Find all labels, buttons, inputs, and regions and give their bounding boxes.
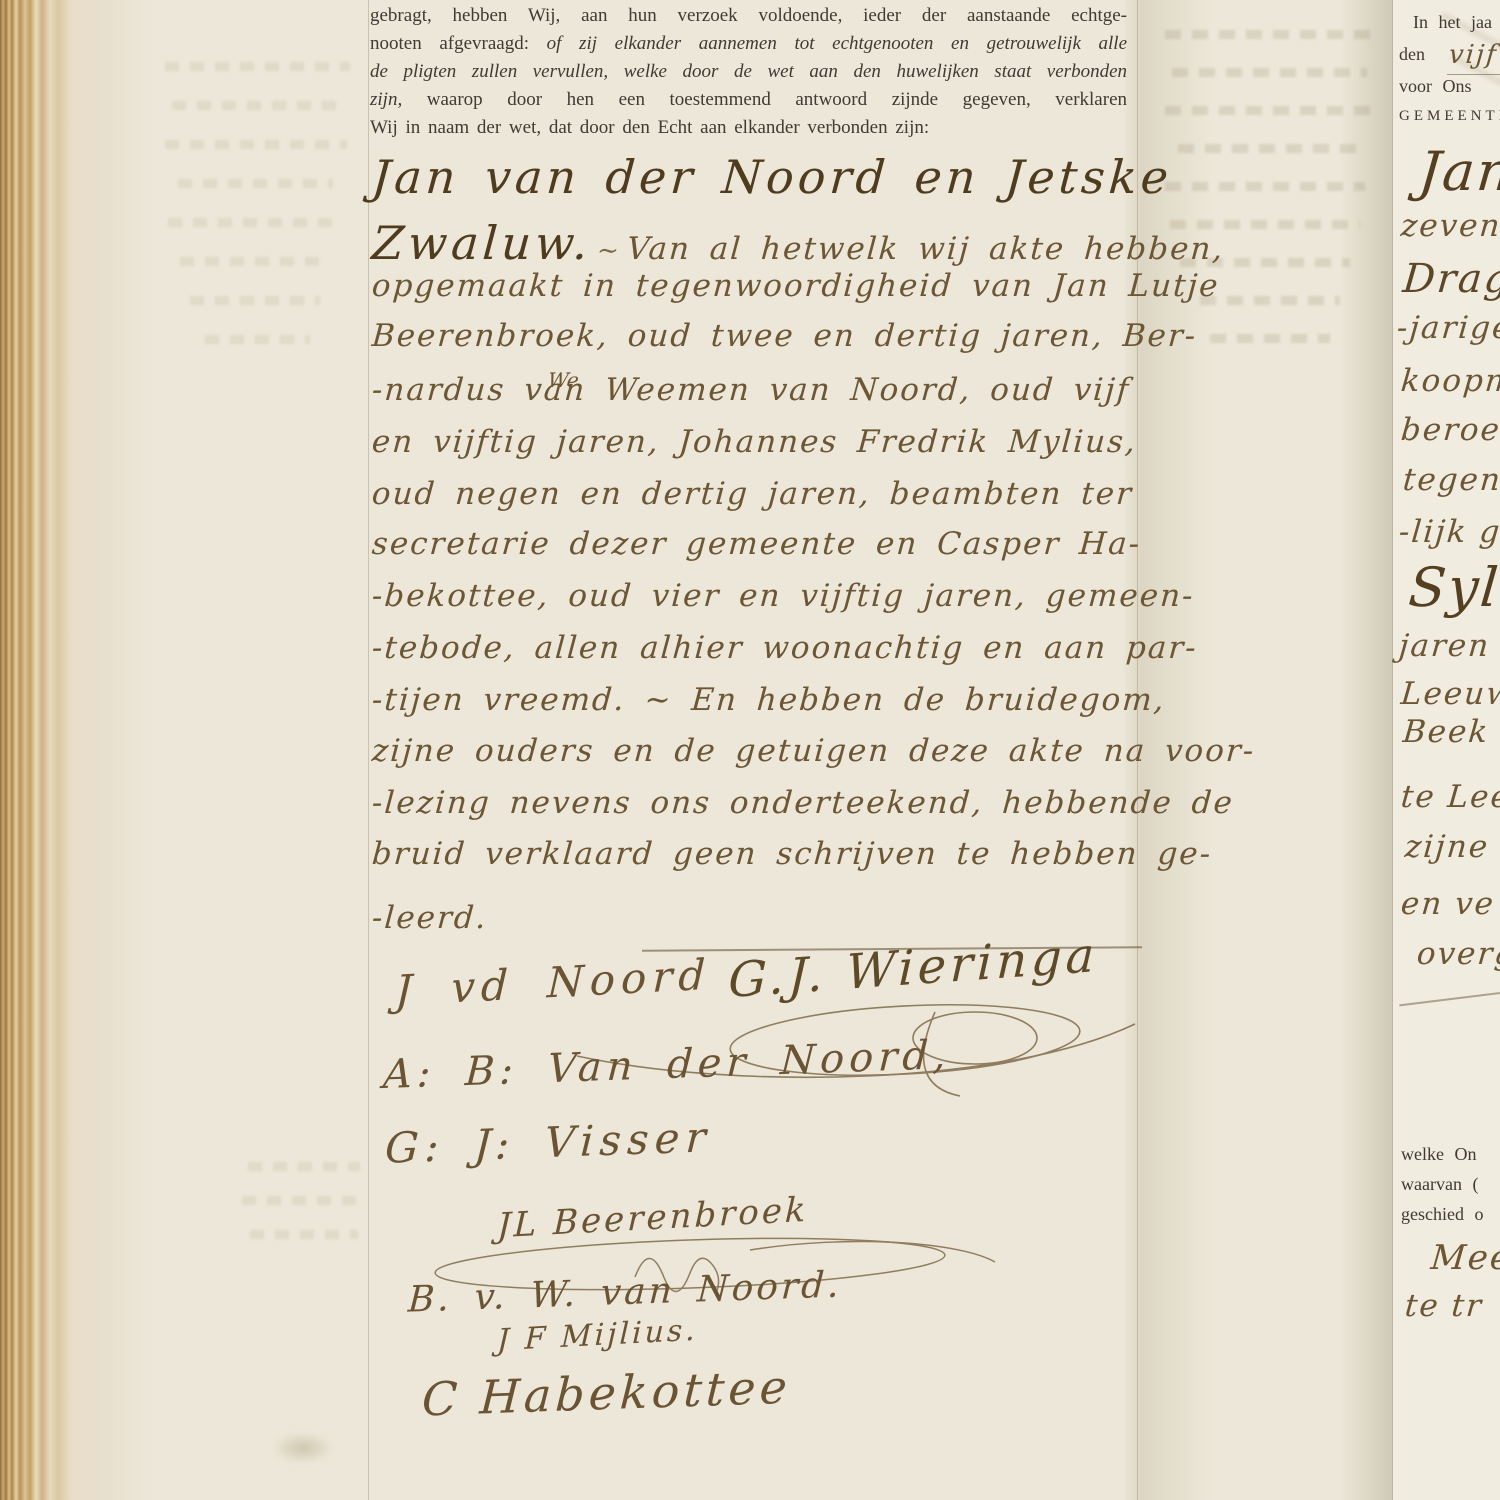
- handwritten-line: Syl: [1406, 556, 1500, 619]
- handwritten-line: zijne: [1403, 829, 1490, 865]
- handwritten-line: Leeuw: [1399, 676, 1500, 712]
- fill-in-rule: [1447, 74, 1500, 75]
- handwritten-line: -bekottee, oud vier en vijftig jaren, ge…: [371, 578, 1149, 614]
- handwritten-line: koopm: [1399, 363, 1500, 399]
- bride-surname: Zwaluw.: [370, 216, 593, 270]
- handwritten-line: -nardus van Weemen van Noord, oud vijf: [371, 372, 1149, 408]
- bleed-through-line: [178, 179, 333, 188]
- handwritten-line: Zwaluw.~Van al hetwelk wij akte hebben,: [370, 216, 1149, 270]
- handwritten-line: tegenw: [1401, 462, 1500, 498]
- handwritten-line: -tebode, allen alhier woonachtig en aan …: [371, 630, 1149, 666]
- handwritten-line: te Lee: [1399, 779, 1500, 815]
- handwritten-line: beroep: [1399, 412, 1500, 448]
- printed-line: voor Ons: [1399, 76, 1472, 97]
- bleed-through-line: [1210, 334, 1330, 343]
- printed-line: den: [1399, 44, 1425, 65]
- handwritten-line: -tijen vreemd. ~ En hebben de bruidegom,: [371, 682, 1149, 718]
- bleed-through-line: [172, 101, 342, 110]
- printed-line: zijn, waarop door hen een toestemmend an…: [370, 86, 1127, 114]
- handwritten-line: jaren: [1397, 628, 1491, 664]
- handwritten-line: zeven e: [1399, 208, 1500, 244]
- handwritten-line: en vijftig jaren, Johannes Fredrik Myliu…: [371, 424, 1149, 460]
- printed-line: welke On: [1401, 1144, 1476, 1165]
- handwritten-line: Jan: [1416, 140, 1500, 203]
- printed-line: nooten afgevraagd: of zij elkander aanne…: [370, 30, 1127, 58]
- handwritten-line: overg: [1415, 936, 1500, 972]
- printed-marriage-formula: gebragt, hebben Wij, aan hun verzoek vol…: [370, 2, 1127, 142]
- printed-line: gebragt, hebben Wij, aan hun verzoek vol…: [370, 2, 1127, 30]
- printed-line: Gemeente: [1399, 108, 1500, 125]
- bleed-through-line: [1170, 220, 1360, 229]
- book-binding-page-edges: [0, 0, 150, 1500]
- bleed-through-line: [1178, 144, 1358, 153]
- handwritten-line: Beerenbroek, oud twee en dertig jaren, B…: [371, 318, 1149, 354]
- printed-line: waarvan (: [1401, 1174, 1478, 1195]
- bleed-through-line: [1172, 68, 1367, 77]
- bleed-through-line: [242, 1196, 362, 1205]
- handwritten-line: zijne ouders en de getuigen deze akte na…: [371, 733, 1149, 769]
- bleed-through-line: [1165, 106, 1370, 115]
- handwritten-line: -lezing nevens ons onderteekend, hebbend…: [371, 785, 1149, 821]
- bleed-through-line: [1165, 182, 1365, 191]
- paper-smudge: [272, 1432, 334, 1464]
- bleed-through-line: [1165, 30, 1375, 39]
- bleed-through-line: [180, 257, 330, 266]
- bleed-through-line: [168, 218, 343, 227]
- right-page-edge: In het jaa den vijf voor Ons Gemeente Ja…: [1392, 0, 1500, 1500]
- bleed-through-line: [190, 296, 320, 305]
- handwritten-line: secretarie dezer gemeente en Casper Ha-: [371, 526, 1149, 562]
- scribal-separator: ~: [590, 236, 628, 266]
- bleed-through-line: [250, 1230, 358, 1239]
- printed-line: Wij in naam der wet, dat door den Echt a…: [370, 114, 1127, 142]
- handwritten-line: opgemaakt in tegenwoordigheid van Jan Lu…: [371, 268, 1149, 304]
- filled-in-day: vijf: [1448, 40, 1499, 70]
- bleed-through-line: [248, 1162, 360, 1171]
- handwritten-line: -lijk g: [1397, 514, 1500, 550]
- closing-rule: [1399, 992, 1500, 1007]
- printed-line: geschied o: [1401, 1204, 1483, 1225]
- handwritten-line: en ve: [1399, 886, 1496, 922]
- left-column-crease: [368, 0, 369, 1500]
- handwritten-line: Drag: [1401, 256, 1500, 302]
- handwritten-line: -jarige: [1395, 310, 1500, 346]
- handwritten-line: Mee: [1429, 1238, 1500, 1278]
- printed-line: de pligten zullen vervullen, welke door …: [370, 58, 1127, 86]
- handwritten-line: Beek: [1401, 714, 1490, 750]
- register-scan: { "colors":{ "paper":"#ece7d8", "paper_r…: [0, 0, 1500, 1500]
- handwritten-line: te tr: [1403, 1288, 1484, 1324]
- bleed-through-line: [1200, 296, 1340, 305]
- bleed-through-line: [165, 62, 350, 71]
- printed-line: In het jaa: [1413, 12, 1492, 33]
- handwritten-line: bruid verklaard geen schrijven te hebben…: [371, 836, 1149, 872]
- handwritten-text: Van al hetwelk wij akte hebben,: [626, 231, 1226, 267]
- bleed-through-line: [165, 140, 347, 149]
- handwritten-names-line: Jan van der Noord en Jetske: [370, 150, 1149, 204]
- bleed-through-line: [205, 335, 310, 344]
- handwritten-line: oud negen en dertig jaren, beambten ter: [371, 476, 1149, 512]
